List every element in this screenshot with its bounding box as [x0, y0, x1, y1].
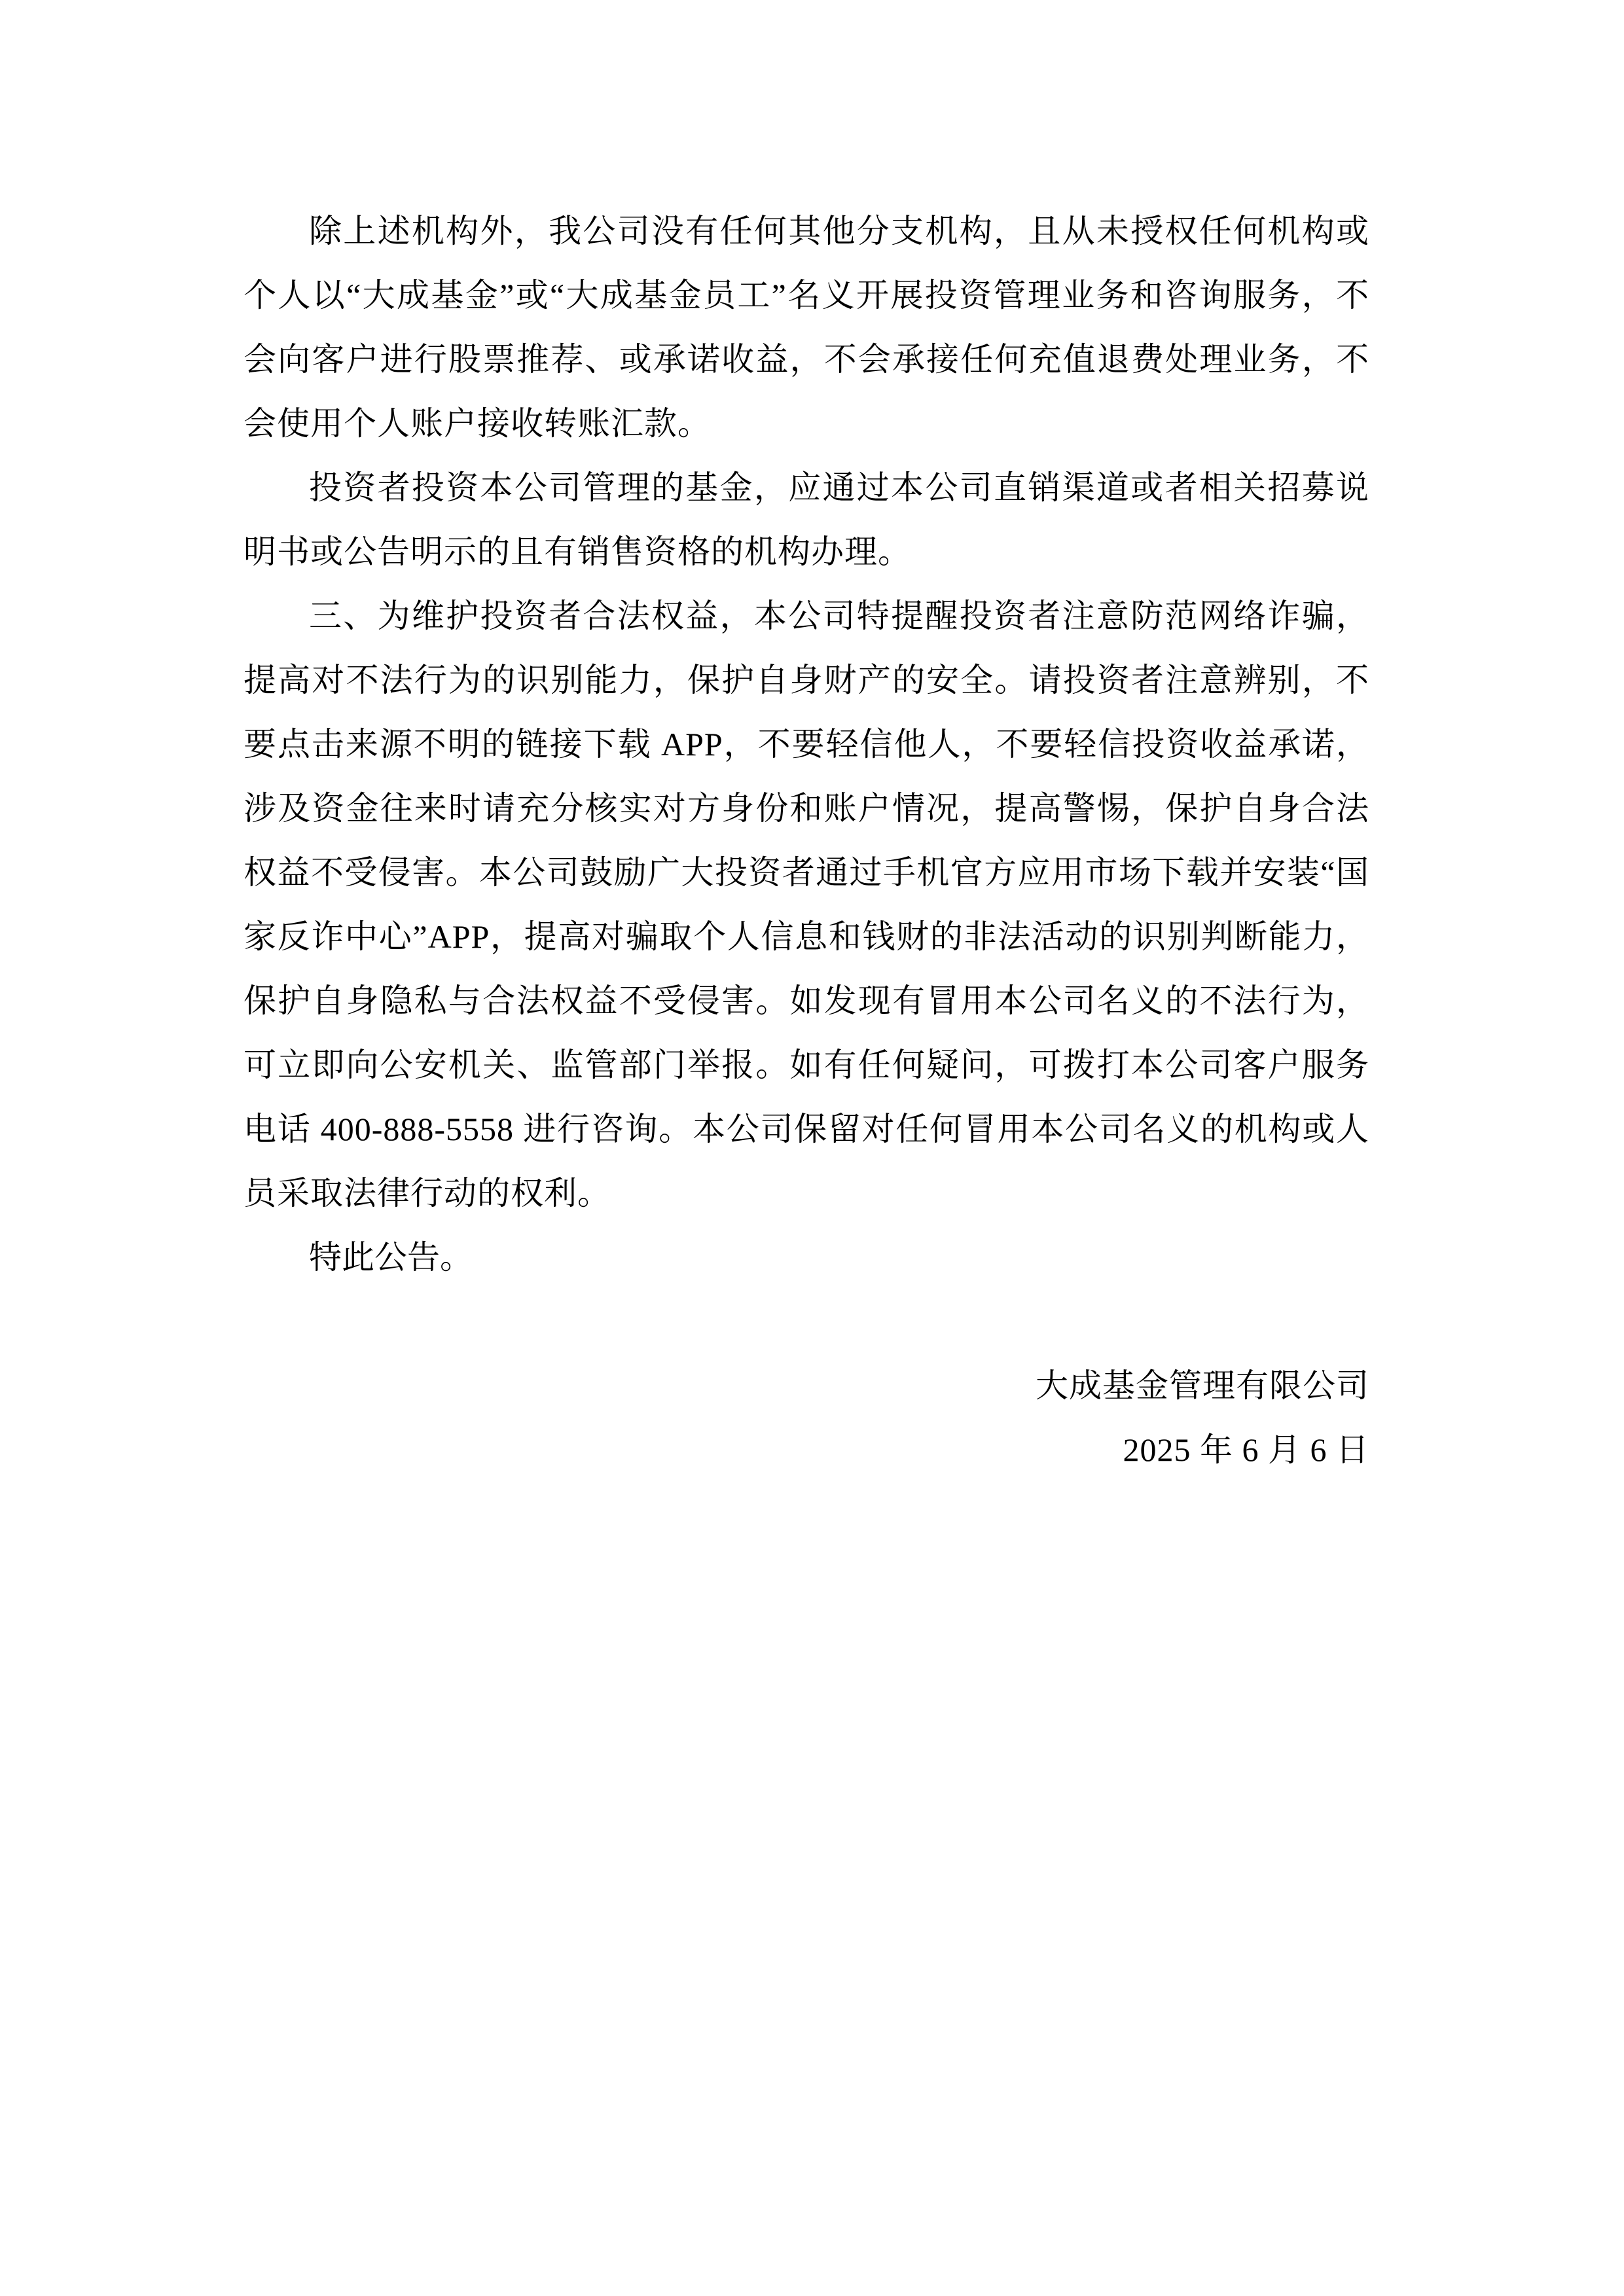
paragraph-fraud-warning: 三、为维护投资者合法权益，本公司特提醒投资者注意防范网络诈骗，提高对不法行为的识…	[244, 584, 1369, 1225]
signature-date: 2025 年 6 月 6 日	[244, 1418, 1369, 1482]
signature-company-name: 大成基金管理有限公司	[244, 1354, 1369, 1418]
paragraph-branch-disclaimer: 除上述机构外，我公司没有任何其他分支机构，且从未授权任何机构或个人以“大成基金”…	[244, 199, 1369, 456]
announcement-page: 除上述机构外，我公司没有任何其他分支机构，且从未授权任何机构或个人以“大成基金”…	[0, 0, 1624, 2296]
signature-block: 大成基金管理有限公司 2025 年 6 月 6 日	[244, 1354, 1369, 1482]
announcement-body: 除上述机构外，我公司没有任何其他分支机构，且从未授权任何机构或个人以“大成基金”…	[244, 199, 1369, 1482]
paragraph-purchase-channels: 投资者投资本公司管理的基金，应通过本公司直销渠道或者相关招募说明书或公告明示的且…	[244, 456, 1369, 584]
closing-statement: 特此公告。	[244, 1225, 1369, 1289]
